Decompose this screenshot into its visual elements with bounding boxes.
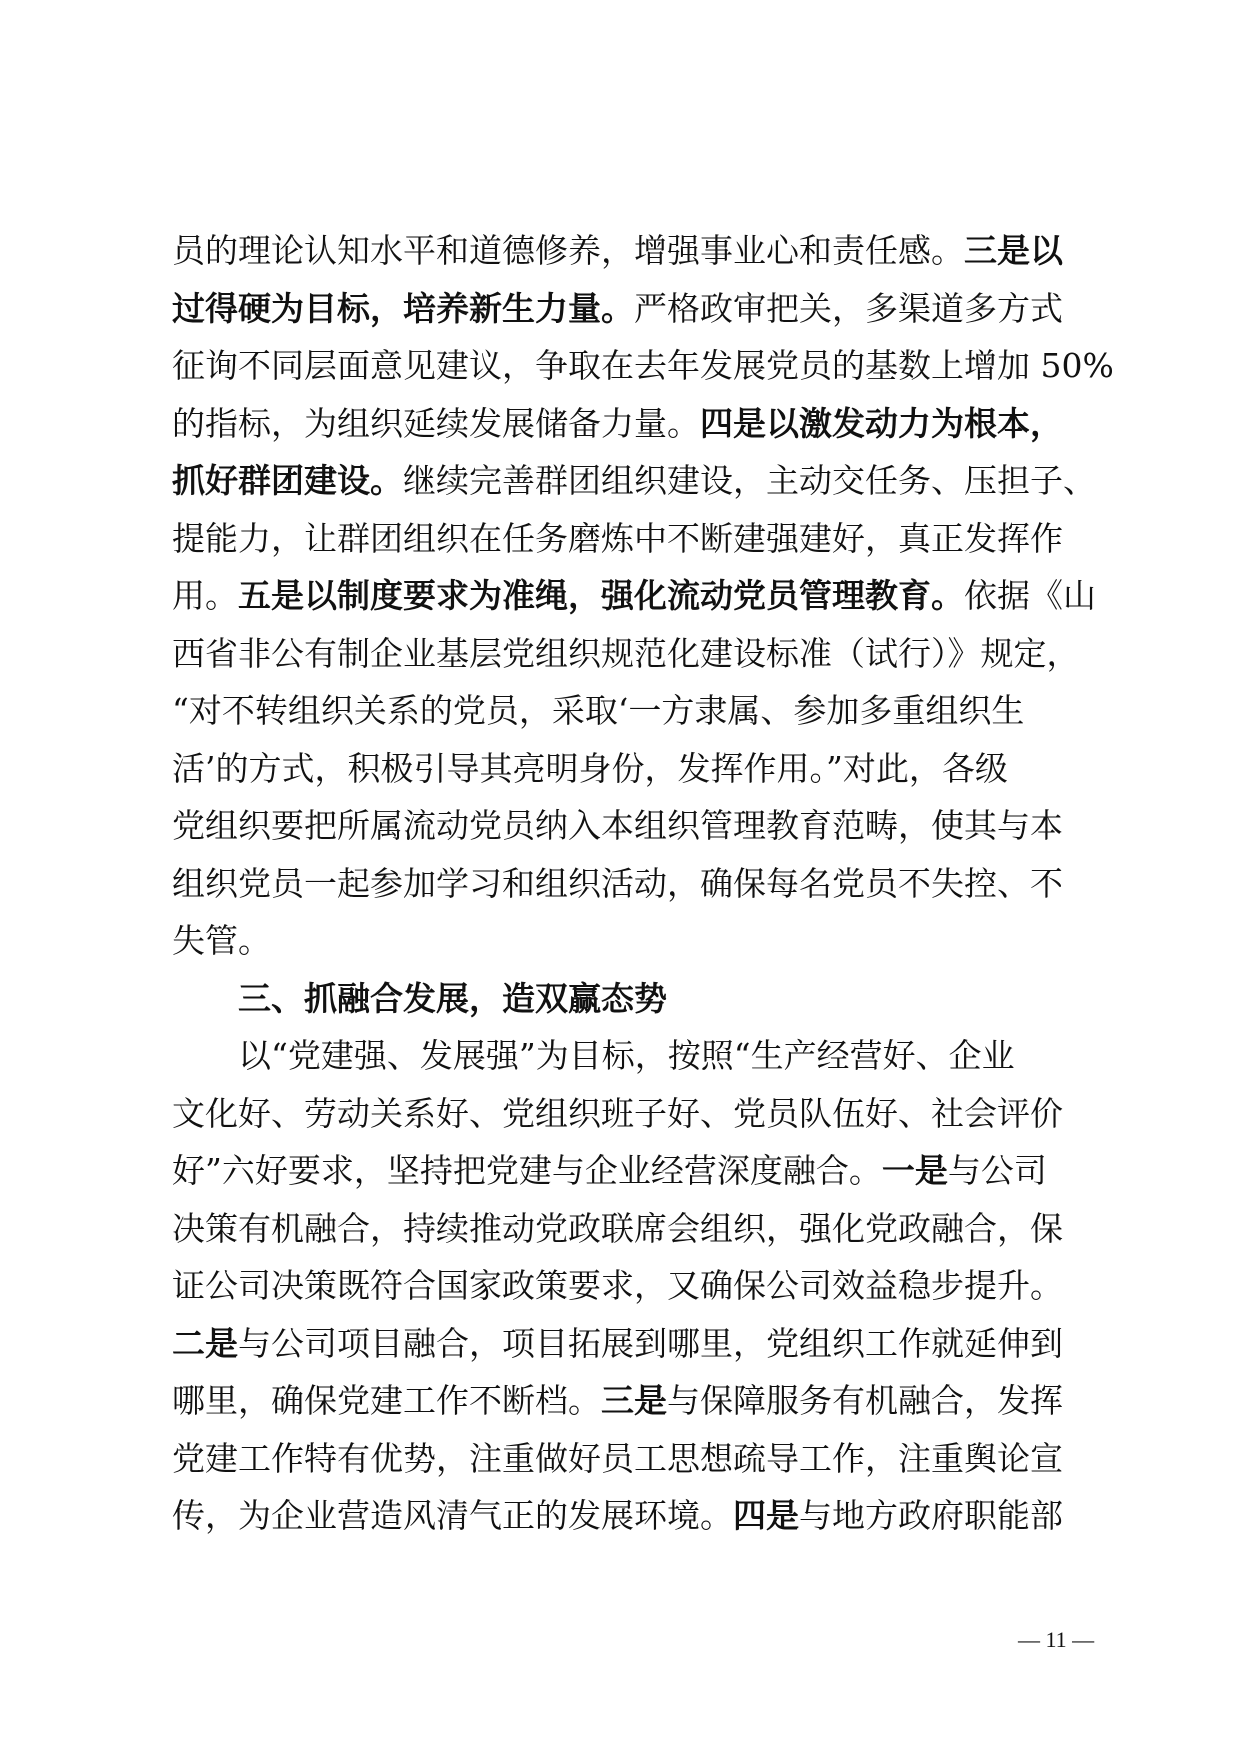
- text-line: 党建工作特有优势，注重做好员工思想疏导工作，注重舆论宣: [172, 1430, 970, 1488]
- body-text: 的指标，为组织延续发展储备力量。: [172, 404, 700, 443]
- body-text: 提能力，让群团组织在任务磨炼中不断建强建好，真正发挥作: [172, 519, 1063, 558]
- text-line: 组织党员一起参加学习和组织活动，确保每名党员不失控、不: [172, 855, 970, 913]
- text-line: 决策有机融合，持续推动党政联席会组织，强化党政融合，保: [172, 1200, 970, 1258]
- emphasis-text: 一是: [882, 1151, 948, 1190]
- emphasis-text: 三是以: [964, 231, 1063, 270]
- body-text: 组织党员一起参加学习和组织活动，确保每名党员不失控、不: [172, 864, 1063, 903]
- text-line: 好”六好要求，坚持把党建与企业经营深度融合。一是与公司: [172, 1142, 970, 1200]
- text-line: 提能力，让群团组织在任务磨炼中不断建强建好，真正发挥作: [172, 510, 970, 568]
- body-text: 党建工作特有优势，注重做好员工思想疏导工作，注重舆论宣: [172, 1439, 1063, 1478]
- body-text: 失管。: [172, 921, 271, 960]
- text-line: 抓好群团建设。继续完善群团组织建设，主动交任务、压担子、: [172, 452, 970, 510]
- text-line: 用。五是以制度要求为准绳，强化流动党员管理教育。依据《山: [172, 567, 970, 625]
- text-line: “对不转组织关系的党员，采取‘一方隶属、参加多重组织生: [172, 682, 970, 740]
- body-text: 传，为企业营造风清气正的发展环境。: [172, 1496, 733, 1535]
- body-text: 与公司: [948, 1151, 1047, 1190]
- body-text: “对不转组织关系的党员，采取‘一方隶属、参加多重组织生: [172, 691, 1024, 730]
- text-line: 员的理论认知水平和道德修养，增强事业心和责任感。三是以: [172, 222, 970, 280]
- body-text: 用。: [172, 576, 238, 615]
- body-text: 西省非公有制企业基层党组织规范化建设标准（试行）》规定，: [172, 634, 1080, 673]
- body-text: 依据《山: [964, 576, 1096, 615]
- text-line: 哪里，确保党建工作不断档。三是与保障服务有机融合，发挥: [172, 1372, 970, 1430]
- emphasis-text: 四是: [733, 1496, 799, 1535]
- body-text: 决策有机融合，持续推动党政联席会组织，强化党政融合，保: [172, 1209, 1063, 1248]
- paragraph-block-2: 员的理论认知水平和道德修养，增强事业心和责任感。三是以过得硬为目标，培养新生力量…: [172, 222, 970, 970]
- text-line: 证公司决策既符合国家政策要求，又确保公司效益稳步提升。: [172, 1257, 970, 1315]
- paragraph-block-3: 以“党建强、发展强”为目标，按照“生产经营好、企业文化好、劳动关系好、党组织班子…: [172, 1027, 970, 1545]
- emphasis-text: 三是: [601, 1381, 667, 1420]
- body-text: 与保障服务有机融合，发挥: [667, 1381, 1063, 1420]
- text-line: 活’的方式，积极引导其亮明身份，发挥作用。”对此，各级: [172, 740, 970, 798]
- text-line: 失管。: [172, 912, 970, 970]
- emphasis-text: 二是: [172, 1324, 238, 1363]
- body-text: 严格政审把关，多渠道多方式: [634, 289, 1063, 328]
- text-line: 西省非公有制企业基层党组织规范化建设标准（试行）》规定，: [172, 625, 970, 683]
- text-line: 的指标，为组织延续发展储备力量。四是以激发动力为根本，: [172, 395, 970, 453]
- text-line: 以“党建强、发展强”为目标，按照“生产经营好、企业: [172, 1027, 970, 1085]
- body-text: 以“党建强、发展强”为目标，按照“生产经营好、企业: [238, 1036, 1015, 1075]
- body-text: 文化好、劳动关系好、党组织班子好、党员队伍好、社会评价: [172, 1094, 1063, 1133]
- body-text: 党组织要把所属流动党员纳入本组织管理教育范畴，使其与本: [172, 806, 1063, 845]
- body-text: 征询不同层面意见建议，争取在去年发展党员的基数上增加 50%: [172, 346, 1114, 385]
- emphasis-text: 五是以制度要求为准绳，强化流动党员管理教育。: [238, 576, 964, 615]
- body-text: 员的理论认知水平和道德修养，增强事业心和责任感。: [172, 231, 964, 270]
- text-line: 征询不同层面意见建议，争取在去年发展党员的基数上增加 50%: [172, 337, 970, 395]
- body-text: 好”六好要求，坚持把党建与企业经营深度融合。: [172, 1151, 882, 1190]
- emphasis-text: 四是以激发动力为根本，: [700, 404, 1063, 443]
- body-text: 与地方政府职能部: [799, 1496, 1063, 1535]
- emphasis-text: 抓好群团建设。: [172, 461, 403, 500]
- document-body: 员的理论认知水平和道德修养，增强事业心和责任感。三是以过得硬为目标，培养新生力量…: [172, 222, 970, 1545]
- text-line: 党组织要把所属流动党员纳入本组织管理教育范畴，使其与本: [172, 797, 970, 855]
- section-heading: 三、抓融合发展，造双赢态势: [172, 970, 970, 1028]
- text-line: 过得硬为目标，培养新生力量。严格政审把关，多渠道多方式: [172, 280, 970, 338]
- body-text: 活’的方式，积极引导其亮明身份，发挥作用。”对此，各级: [172, 749, 1008, 788]
- body-text: 哪里，确保党建工作不断档。: [172, 1381, 601, 1420]
- page-number: — 11 —: [1018, 1627, 1094, 1653]
- text-line: 二是与公司项目融合，项目拓展到哪里，党组织工作就延伸到: [172, 1315, 970, 1373]
- body-text: 继续完善群团组织建设，主动交任务、压担子、: [403, 461, 1096, 500]
- body-text: 证公司决策既符合国家政策要求，又确保公司效益稳步提升。: [172, 1266, 1063, 1305]
- emphasis-text: 过得硬为目标，培养新生力量。: [172, 289, 634, 328]
- body-text: 与公司项目融合，项目拓展到哪里，党组织工作就延伸到: [238, 1324, 1063, 1363]
- text-line: 文化好、劳动关系好、党组织班子好、党员队伍好、社会评价: [172, 1085, 970, 1143]
- text-line: 传，为企业营造风清气正的发展环境。四是与地方政府职能部: [172, 1487, 970, 1545]
